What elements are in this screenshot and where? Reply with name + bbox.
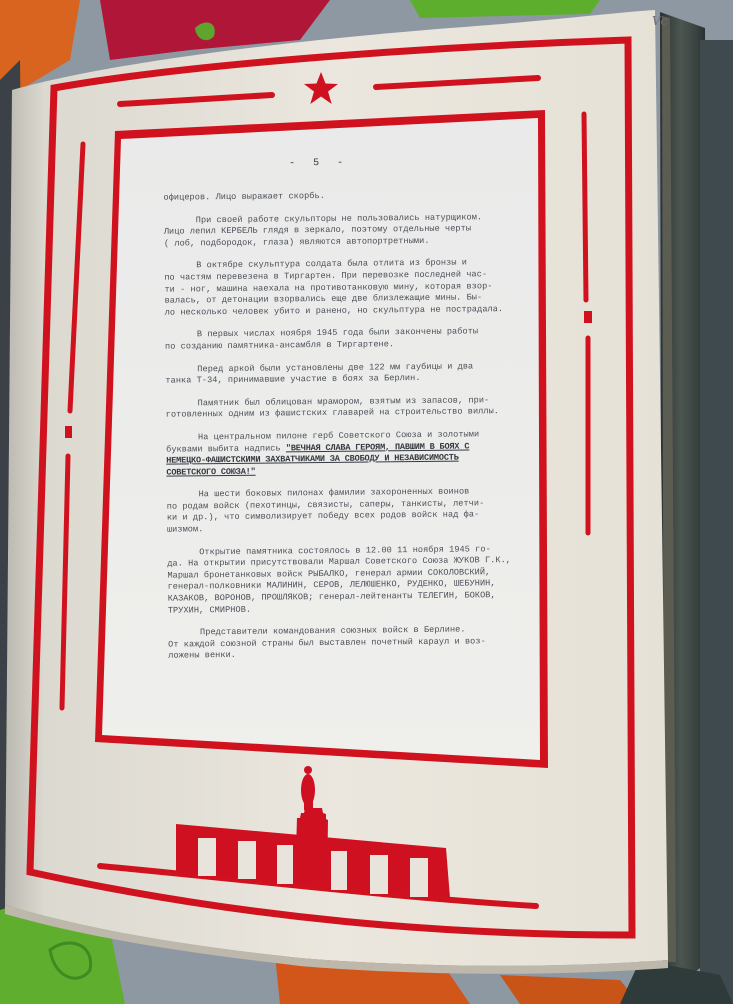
paragraph-p5: Памятник был облицован мрамором, взятым … <box>166 395 526 422</box>
paragraph-p4: Перед аркой были установлены две 122 мм … <box>165 360 525 387</box>
paragraph-p8: Открытие памятника состоялось в 12.00 11… <box>167 544 528 617</box>
paragraph-p7: На шести боковых пилонах фамилии захорон… <box>167 486 527 536</box>
paragraph-p2: В октябре скульптура солдата была отлита… <box>164 257 525 319</box>
monument-inscription: "ВЕЧНАЯ СЛАВА ГЕРОЯМ, ПАВШИМ В БОЯХ С <box>286 441 470 453</box>
text-line: по созданию памятника-ансамбля в Тиргарт… <box>165 338 525 353</box>
text-line: танка Т-34, принимавшие участие в боях з… <box>165 372 525 387</box>
handwritten-corner-mark: Vc <box>652 14 667 28</box>
text-line: готовленных одним из фашистских главарей… <box>166 406 526 421</box>
paragraph-p9: Представители командования союзных войск… <box>168 624 528 663</box>
paragraph-p1: При своей работе скульпторы не пользовал… <box>164 211 524 250</box>
paragraph-p0: офицеров. Лицо выражает скорбь. <box>163 189 523 204</box>
paragraph-p6: На центральном пилоне герб Советского Со… <box>166 429 526 479</box>
paragraph-p3: В первых числах ноября 1945 года были за… <box>165 326 525 353</box>
text-line: ложены венки. <box>168 647 528 662</box>
page-number: - 5 - <box>101 156 537 172</box>
typewritten-sheet: - 5 - офицеров. Лицо выражает скорбь.При… <box>101 116 544 761</box>
text-line: офицеров. Лицо выражает скорбь. <box>163 189 523 204</box>
photo-scene: Vc - 5 - офицеров. Лицо выражает скорбь.… <box>0 0 733 1004</box>
document-body: офицеров. Лицо выражает скорбь.При своей… <box>163 189 528 674</box>
